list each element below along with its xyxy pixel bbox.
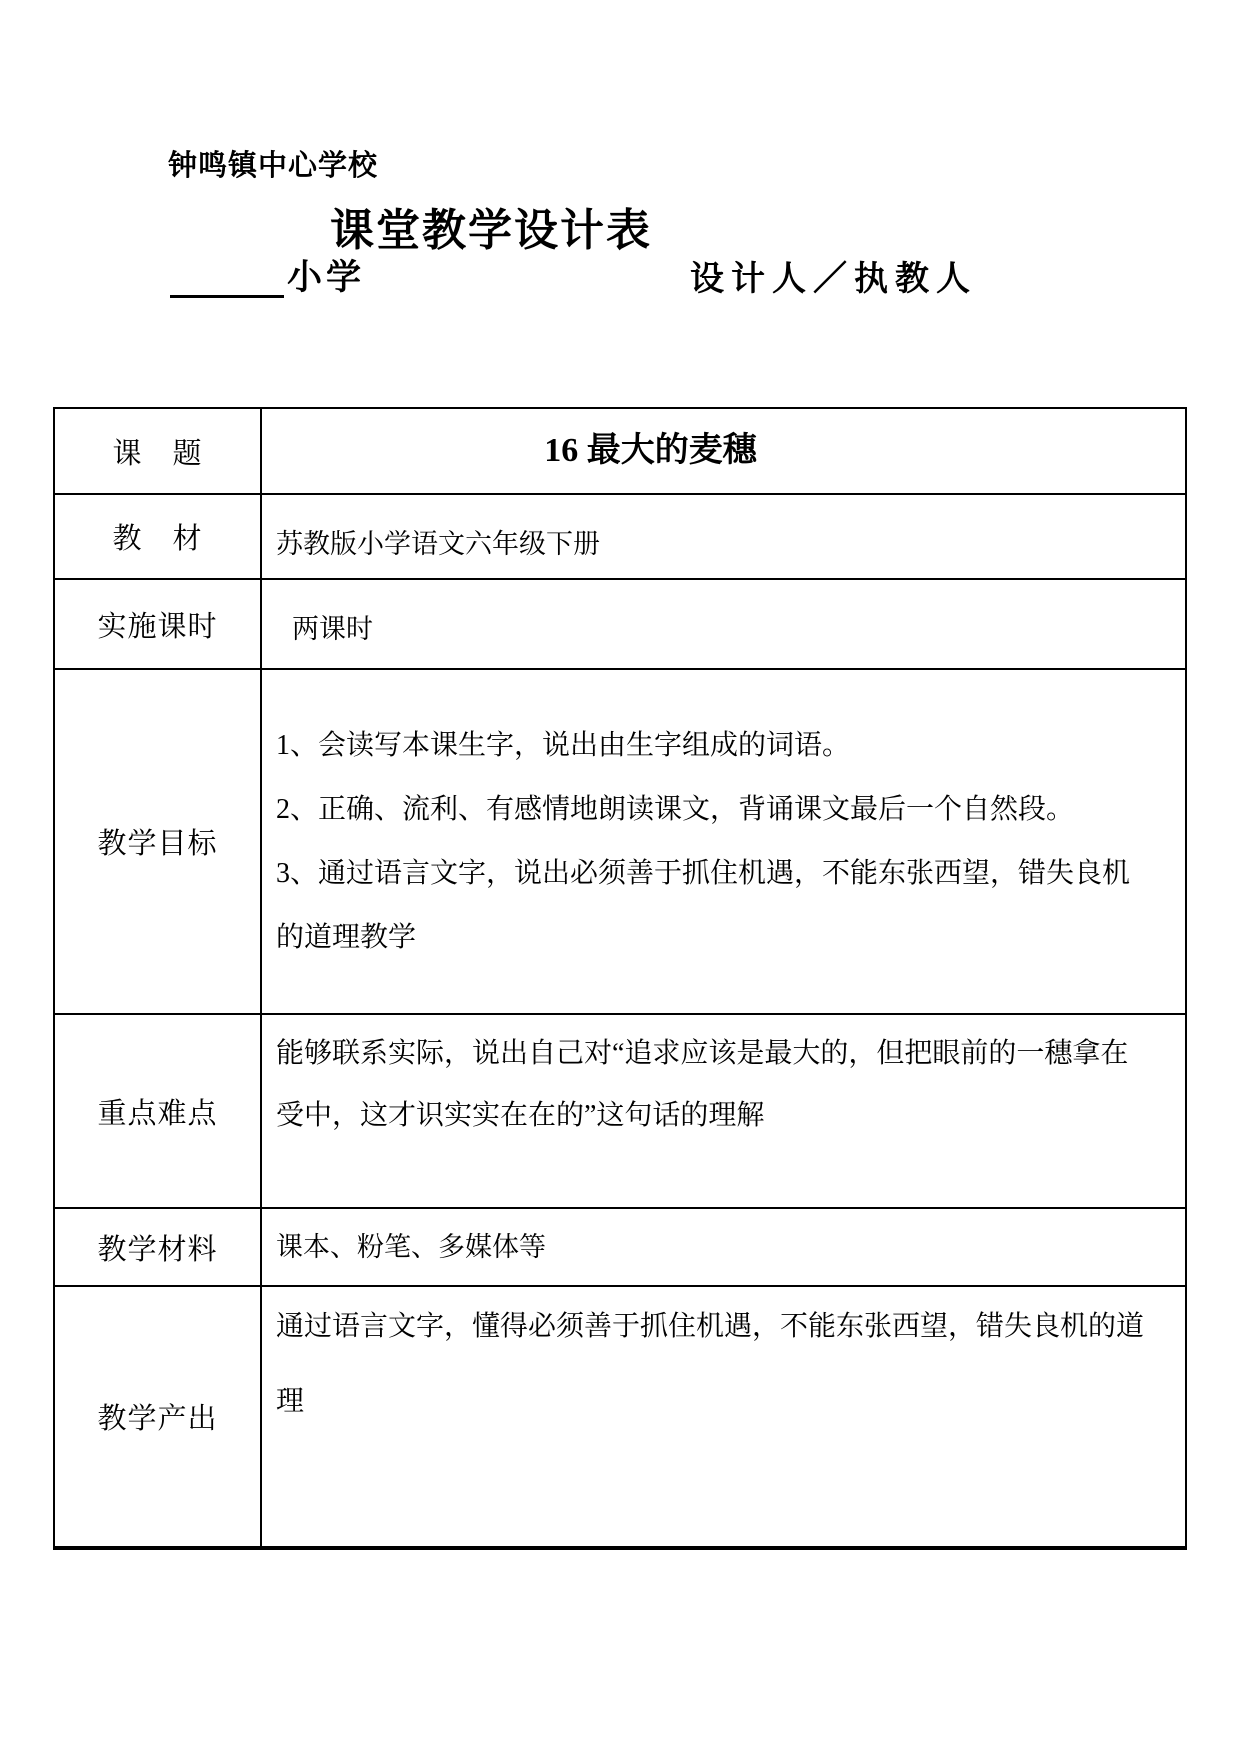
designer-label: 设计人／执教人 (690, 260, 977, 300)
school-name: 钟鸣镇中心学校 (168, 143, 378, 184)
topic-value: 16 最大的麦穗 (261, 408, 1186, 494)
materials-label: 教学材料 (54, 1208, 261, 1286)
periods-value: 两课时 (261, 579, 1186, 669)
table-row-materials: 教学材料 课本、粉笔、多媒体等 (54, 1208, 1186, 1286)
subtitle-line: 小学 设计人／执教人 (0, 258, 1241, 304)
output-label: 教学产出 (54, 1286, 261, 1548)
topic-label: 课 题 (54, 408, 261, 494)
goal-item-2: 2、正确、流利、有感情地朗读课文，背诵课文最后一个自然段。 (276, 778, 1155, 842)
school-blank-field: 小学 (170, 258, 365, 298)
table-row-goals: 教学目标 1、会读写本课生字，说出由生字组成的词语。 2、正确、流利、有感情地朗… (54, 669, 1186, 1014)
keypoints-value: 能够联系实际，说出自己对“追求应该是最大的，但把眼前的一穗拿在受中，这才识实实在… (261, 1014, 1186, 1208)
output-value: 通过语言文字，懂得必须善于抓住机遇，不能东张西望，错失良机的道理 (261, 1286, 1186, 1548)
textbook-value: 苏教版小学语文六年级下册 (261, 494, 1186, 579)
school-suffix-label: 小学 (287, 258, 365, 298)
goals-label: 教学目标 (54, 669, 261, 1014)
table-row-output: 教学产出 通过语言文字，懂得必须善于抓住机遇，不能东张西望，错失良机的道理 (54, 1286, 1186, 1548)
blank-underline (170, 260, 284, 298)
keypoints-label: 重点难点 (54, 1014, 261, 1208)
table-row-periods: 实施课时 两课时 (54, 579, 1186, 669)
table-row-topic: 课 题 16 最大的麦穗 (54, 408, 1186, 494)
goals-value: 1、会读写本课生字，说出由生字组成的词语。 2、正确、流利、有感情地朗读课文，背… (261, 669, 1186, 1014)
table-row-keypoints: 重点难点 能够联系实际，说出自己对“追求应该是最大的，但把眼前的一穗拿在受中，这… (54, 1014, 1186, 1208)
table-row-textbook: 教 材 苏教版小学语文六年级下册 (54, 494, 1186, 579)
goal-item-1: 1、会读写本课生字，说出由生字组成的词语。 (276, 714, 1155, 778)
materials-value: 课本、粉笔、多媒体等 (261, 1208, 1186, 1286)
goal-item-3: 3、通过语言文字，说出必须善于抓住机遇，不能东张西望，错失良机的道理教学 (276, 842, 1155, 970)
periods-label: 实施课时 (54, 579, 261, 669)
textbook-label: 教 材 (54, 494, 261, 579)
page-title: 课堂教学设计表 (330, 194, 652, 258)
document-page: 钟鸣镇中心学校 课堂教学设计表 小学 设计人／执教人 课 题 16 最大的麦穗 … (0, 0, 1241, 1754)
lesson-design-table: 课 题 16 最大的麦穗 教 材 苏教版小学语文六年级下册 实施课时 两课时 教… (53, 407, 1187, 1550)
